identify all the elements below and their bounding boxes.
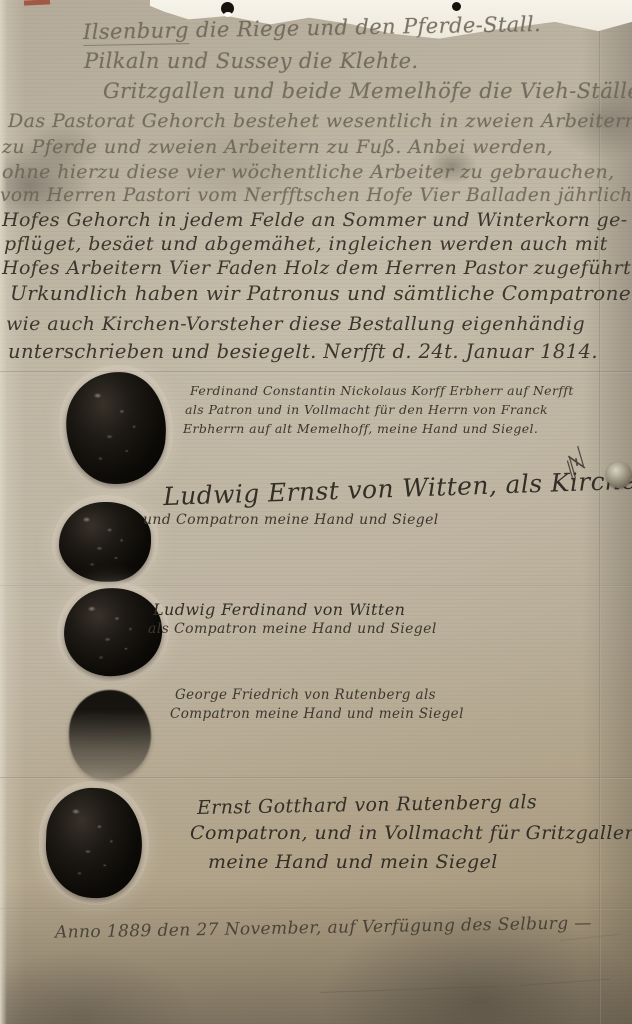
signature-1-line: Erbherrn auf alt Memelhoff, meine Hand u…	[183, 421, 538, 436]
body-line: pflüget, besäet und abgemähet, ingleiche…	[4, 233, 608, 255]
signature-3-line: Ludwig Ferdinand von Witten	[153, 600, 405, 619]
wax-seal-1	[63, 369, 169, 486]
body-line: Das Pastorat Gehorch bestehet wesentlich…	[8, 110, 632, 132]
heading-line-1-rest: die Riege und den Pferde-Stall.	[189, 12, 542, 42]
body-line: vom Herren Pastori vom Nerfftschen Hofe …	[0, 185, 632, 206]
seal-gloss	[59, 502, 151, 582]
manuscript-page: Ilsenburg die Riege und den Pferde-Stall…	[0, 0, 632, 1024]
red-edge-mark	[24, 0, 50, 6]
wax-seal-5	[44, 786, 144, 899]
heading-line-1: Ilsenburg die Riege und den Pferde-Stall…	[83, 12, 541, 44]
body-line-date: unterschrieben und besiegelt. Nerfft d. …	[8, 340, 598, 363]
signature-3-line: als Compatron meine Hand und Siegel	[148, 621, 437, 637]
punch-hole-glint	[224, 12, 232, 17]
faint-pencil-marks	[320, 986, 500, 993]
body-line: ohne hierzu diese vier wöchentliche Arbe…	[2, 161, 615, 183]
footer-date-line: Anno 1889 den 27 November, auf Verfügung…	[55, 913, 592, 942]
wax-seal-2	[59, 502, 151, 582]
body-line: zu Pferde und zweien Arbeitern zu Fuß. A…	[2, 136, 553, 158]
signature-2-line: Ludwig Ernst von Witten, als Kirchen Vor…	[163, 462, 632, 511]
fold-crease-vertical	[599, 0, 601, 1024]
body-line: Hofes Arbeitern Vier Faden Holz dem Herr…	[2, 257, 632, 279]
signature-2-line: und Compatron meine Hand und Siegel	[143, 512, 439, 528]
signature-1-line: als Patron und in Vollmacht für den Herr…	[185, 402, 548, 417]
heading-line-2: Pilkaln und Sussey die Klehte.	[84, 49, 419, 73]
heading-underlined-word: Ilsenburg	[83, 18, 189, 46]
faint-pencil-marks	[520, 979, 610, 986]
body-line: Hofes Gehorch in jedem Felde an Sommer u…	[2, 209, 628, 231]
signature-4-line: George Friedrich von Rutenberg als	[175, 687, 436, 703]
fold-crease	[0, 371, 632, 373]
seal-gloss	[63, 369, 169, 486]
signature-5-line: Ernst Gotthard von Rutenberg als	[197, 791, 537, 819]
wax-seal-4-faded	[69, 690, 151, 780]
signature-5-line: Compatron, und in Vollmacht für Gritzgal…	[190, 822, 632, 844]
punch-hole	[452, 2, 461, 11]
seal-gloss	[44, 786, 144, 899]
body-line: wie auch Kirchen-Vorsteher diese Bestall…	[6, 313, 585, 335]
signature-5-line: meine Hand und mein Siegel	[208, 851, 498, 873]
fold-crease	[0, 585, 632, 587]
signature-1-line: Ferdinand Constantin Nickolaus Korff Erb…	[190, 383, 574, 398]
seal-remnant-disc	[606, 462, 632, 488]
signature-4-line: Compatron meine Hand und mein Siegel	[170, 706, 464, 722]
heading-line-3: Gritzgallen und beide Memelhöfe die Vieh…	[103, 79, 632, 103]
body-line: Urkundlich haben wir Patronus und sämtli…	[10, 281, 631, 305]
fold-crease	[0, 908, 632, 910]
faint-pencil-marks	[560, 934, 620, 941]
